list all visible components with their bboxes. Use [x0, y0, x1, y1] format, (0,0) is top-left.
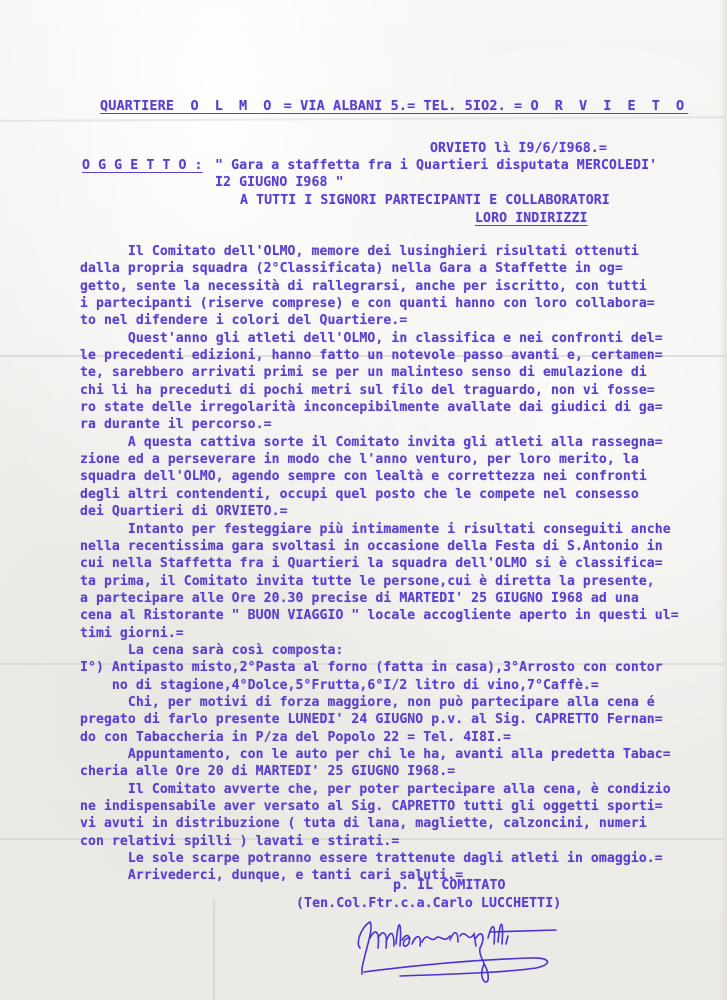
letterhead-city: O R V I E T O	[531, 98, 689, 114]
body-line: nella recentissima gara svoltasi in occa…	[80, 538, 679, 555]
body-line: Appuntamento, con le auto per chi le ha,…	[80, 746, 679, 763]
body-line: I°) Antipasto misto,2°Pasta al forno (fa…	[80, 659, 679, 676]
body-line: degli altri contendenti, occupi quel pos…	[80, 486, 679, 503]
body-line: Le sole scarpe potranno essere trattenut…	[80, 850, 679, 867]
subject-label: O G G E T T O :	[82, 157, 203, 174]
letterhead-olmo: O L M O	[191, 98, 276, 114]
letterhead-quartiere: QUARTIERE	[100, 98, 174, 114]
body-line: i partecipanti (riserve comprese) e con …	[80, 295, 679, 312]
closing-line-1: p. IL COMITATO	[393, 877, 506, 894]
body-line: zione ed a perseverare in modo che l'ann…	[80, 451, 679, 468]
body-line: chi li ha preceduti di pochi metri sul f…	[80, 382, 679, 399]
body-line: to nel difendere i colori del Quartiere.…	[80, 312, 679, 329]
body-line: cena al Ristorante " BUON VIAGGIO " loca…	[80, 607, 679, 624]
body-line: do con Tabaccheria in P/za del Popolo 22…	[80, 729, 679, 746]
body-line: ne indispensabile aver versato al Sig. C…	[80, 798, 679, 815]
body-line: ta prima, il Comitato invita tutte le pe…	[80, 573, 679, 590]
addressee-line-2: LORO INDIRIZZI	[475, 210, 588, 227]
body-line: dalla propria squadra (2°Classificata) n…	[80, 260, 679, 277]
body-line: con relativi spilli ) lavati e stirati.=	[80, 833, 679, 850]
letterhead-address: = VIA ALBANI 5.= TEL. 5IO2. =	[284, 98, 523, 114]
body-line: timi giorni.=	[80, 625, 679, 642]
body-line: a partecipare alle Ore 20.30 precise di …	[80, 590, 679, 607]
letterhead: QUARTIERE O L M O = VIA ALBANI 5.= TEL. …	[100, 98, 688, 115]
body-line: te, sarebbero arrivati primi se per un m…	[80, 364, 679, 381]
body-line: ro state delle irregolarità inconcepibil…	[80, 399, 679, 416]
body-line: La cena sarà così composta:	[80, 642, 679, 659]
body-line: Intanto per festeggiare più intimamente …	[80, 521, 679, 538]
body-line: vi avuti in distribuzione ( tuta di lana…	[80, 815, 679, 832]
body-line: dei Quartieri di ORVIETO.=	[80, 503, 679, 520]
body-line: no di stagione,4°Dolce,5°Frutta,6°I/2 li…	[80, 677, 679, 694]
body-line: squadra dell'OLMO, agendo sempre con lea…	[80, 468, 679, 485]
body-line: cheria alle Ore 20 di MARTEDI' 25 GIUGNO…	[80, 763, 679, 780]
letter-body: Il Comitato dell'OLMO, memore dei lusing…	[80, 243, 679, 885]
body-line: getto, sente la necessità di rallegrarsi…	[80, 278, 679, 295]
body-line: ra durante il percorso.=	[80, 416, 679, 433]
subject-line-1: " Gara a staffetta fra i Quartieri dispu…	[215, 157, 657, 174]
body-line: pregato di farlo presente LUNEDI' 24 GIU…	[80, 711, 679, 728]
paper-fold-line	[213, 900, 215, 1000]
body-line: Arrivederci, dunque, e tanti cari saluti…	[80, 867, 679, 884]
body-line: Il Comitato avverte che, per poter parte…	[80, 781, 679, 798]
body-line: cui nella Staffetta fra i Quartieri la s…	[80, 555, 679, 572]
paper-edge	[719, 0, 727, 1000]
body-line: A questa cattiva sorte il Comitato invit…	[80, 434, 679, 451]
body-line: Quest'anno gli atleti dell'OLMO, in clas…	[80, 330, 679, 347]
body-line: Il Comitato dell'OLMO, memore dei lusing…	[80, 243, 679, 260]
date-line: ORVIETO lì I9/6/I968.=	[430, 140, 607, 157]
addressee-line-1: A TUTTI I SIGNORI PARTECIPANTI E COLLABO…	[240, 192, 610, 209]
subject-line-2: I2 GIUGNO I968 "	[215, 174, 344, 191]
handwritten-signature	[340, 908, 580, 988]
body-line: Chi, per motivi di forza maggiore, non p…	[80, 694, 679, 711]
body-line: le precedenti edizioni, hanno fatto un n…	[80, 347, 679, 364]
